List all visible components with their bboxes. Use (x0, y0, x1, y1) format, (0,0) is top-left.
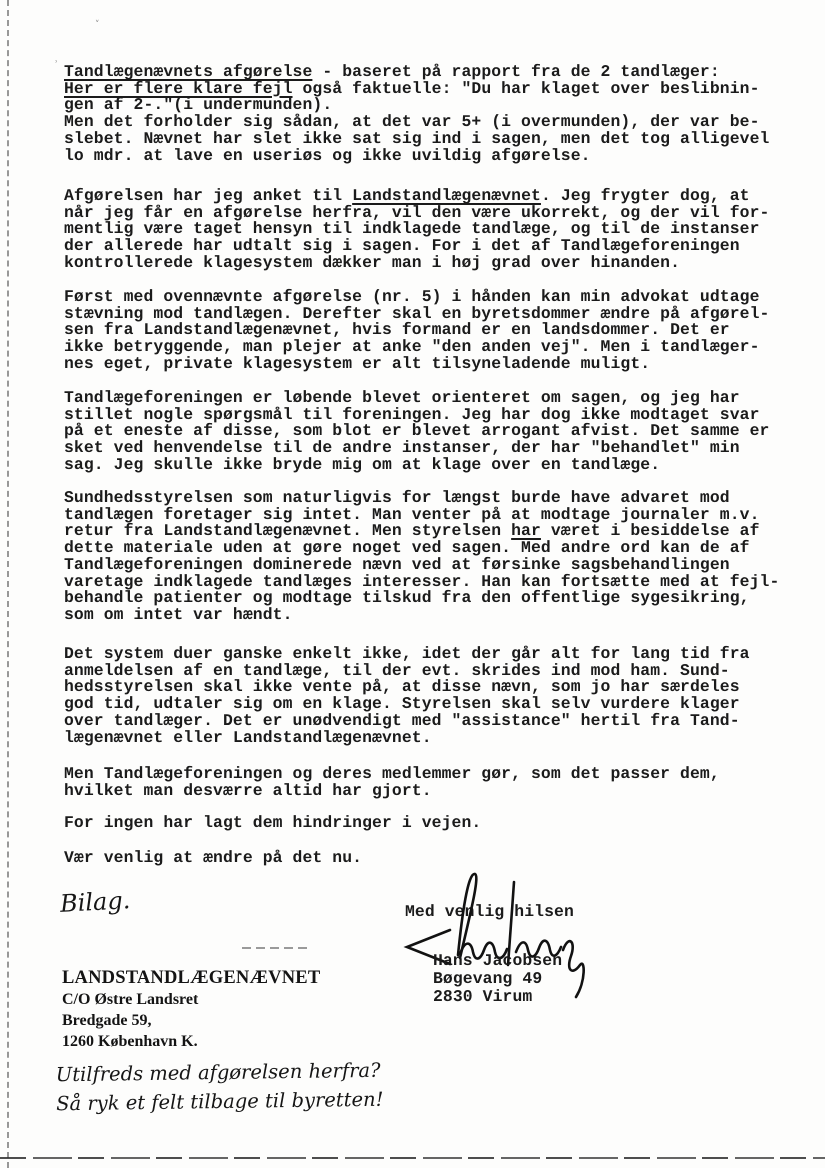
text-segment: kontrollerede klagesystem dækker man i h… (64, 253, 680, 272)
scan-speck: ˒ (55, 58, 58, 68)
paragraph-members: Men Tandlægeforeningen og deres medlemme… (64, 766, 720, 799)
sender-address: Hans Jacobsen Bøgevang 49 2830 Virum (433, 952, 562, 1005)
sender-city: 2830 Virum (433, 987, 532, 1006)
paragraph-system: Det system duer ganske enkelt ikke, idet… (64, 646, 750, 746)
scan-dash-artifact (242, 947, 312, 949)
text-segment: hvilket man desværre altid har gjort. (64, 781, 432, 800)
paragraph-please-change: Vær venlig at ændre på det nu. (64, 850, 362, 867)
sender-name: Hans Jacobsen (433, 951, 562, 970)
scanned-letter-page: ˅ ˒ Tandlægenævnets afgørelse - baseret … (0, 0, 825, 1168)
scan-bottom-line (0, 1157, 825, 1159)
text-segment: som om intet var hændt. (64, 605, 293, 624)
paragraph-no-obstacles: For ingen har lagt dem hindringer i veje… (64, 815, 481, 832)
text-segment: lægenævnet eller Landstandlægenævnet. (64, 728, 432, 747)
paragraph-appeal: Afgørelsen har jeg anket til Landstandlæ… (64, 188, 769, 272)
handwritten-note-line1: Utilfreds med afgørelsen herfra? (56, 1059, 381, 1087)
handwritten-note: Utilfreds med afgørelsen herfra? Så ryk … (56, 1056, 384, 1119)
text-segment: også faktuelle: "Du har klaget over besl… (293, 79, 760, 98)
scan-speck: ˅ (95, 20, 100, 30)
paragraph-decision: Tandlægenævnets afgørelse - baseret på r… (64, 64, 769, 164)
recipient-address-block: LANDSTANDLÆGENÆVNET C/O Østre Landsret B… (62, 968, 320, 1052)
paragraph-association: Tandlægeforeningen er løbende blevet ori… (64, 390, 769, 474)
sender-street: Bøgevang 49 (433, 969, 542, 988)
paragraph-health-board: Sundhedsstyrelsen som naturligvis for læ… (64, 490, 779, 624)
handwritten-note-line2: Så ryk et felt tilbage til byretten! (56, 1088, 384, 1116)
scan-edge-line (7, 0, 9, 1168)
recipient-name: LANDSTANDLÆGENÆVNET (62, 968, 320, 988)
handwritten-bilag: Bilag. (59, 886, 131, 918)
recipient-city: 1260 København K. (62, 1033, 198, 1050)
text-segment: sag. Jeg skulle ikke bryde mig om at kla… (64, 455, 660, 474)
text-segment: Vær venlig at ændre på det nu. (64, 848, 362, 867)
text-segment: For ingen har lagt dem hindringer i veje… (64, 813, 481, 832)
recipient-street: Bredgade 59, (62, 1012, 151, 1029)
paragraph-lawsuit: Først med ovennævnte afgørelse (nr. 5) i… (64, 289, 769, 373)
text-segment: lo mdr. at lave en useriøs og ikke uvild… (64, 146, 591, 165)
text-segment: nes eget, private klagesystem er alt til… (64, 354, 650, 373)
recipient-co: C/O Østre Landsret (62, 991, 198, 1008)
